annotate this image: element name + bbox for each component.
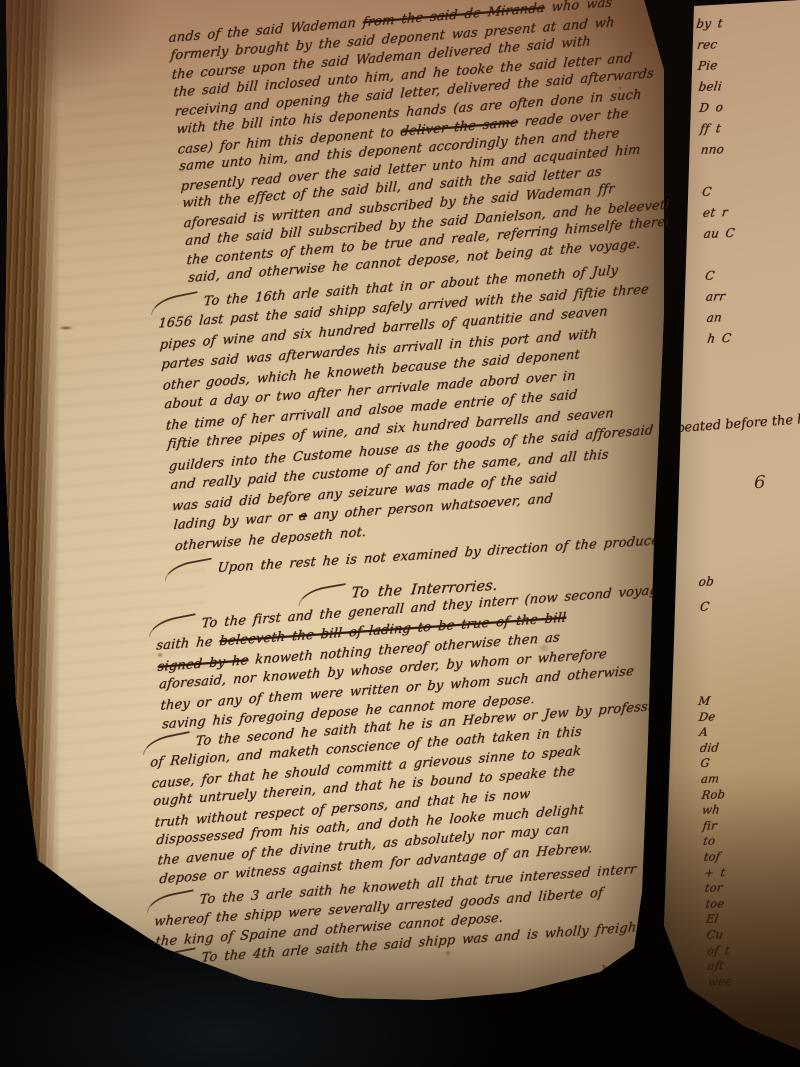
manuscript-line: aft (707, 958, 733, 974)
manuscript-photo: ands of the said Wademan from the said d… (0, 0, 800, 1067)
pen-flourish (164, 558, 212, 582)
repeated-margin-note: Repeated before the ho: (649, 400, 800, 440)
manuscript-line: h C (706, 328, 740, 350)
manuscript-line: et r (702, 202, 736, 224)
paragraph-article-16: To the 16th arle saith that in or about … (156, 259, 666, 558)
manuscript-line: Cu (705, 927, 731, 943)
manuscript-line: C (699, 594, 717, 620)
manuscript-line: ob (697, 569, 715, 595)
manuscript-line (703, 244, 737, 266)
manuscript-line: M (697, 693, 723, 710)
manuscript-line: El (705, 911, 731, 928)
manuscript-line: did (699, 740, 725, 756)
manuscript-line: + t (703, 865, 729, 881)
manuscript-line: wee (707, 974, 733, 991)
manuscript-line: beli (697, 76, 731, 98)
manuscript-line: to (702, 833, 728, 849)
manuscript-line: an (705, 307, 739, 329)
manuscript-line: D o (698, 97, 732, 119)
manuscript-line: tof (703, 849, 729, 866)
paragraph-opening: ands of the said Wademan from the said d… (168, 0, 681, 289)
catchword: h her (601, 956, 633, 977)
manuscript-line: wh (701, 802, 727, 818)
manuscript-line: tor (704, 880, 730, 897)
manuscript-line: Pie (697, 55, 731, 77)
manuscript-line: C (701, 181, 735, 203)
manuscript-line: arr (705, 286, 739, 308)
right-page-line-fragments-top: by trecPiebeliD off tnno Cet rau C Carra… (696, 13, 739, 350)
manuscript-line: fir (702, 818, 728, 835)
deckle-edge (4, 0, 60, 1014)
left-page: ands of the said Wademan from the said d… (4, 0, 664, 1014)
manuscript-line: A (698, 724, 724, 741)
manuscript-line: of t (706, 942, 732, 959)
manuscript-line: by t (695, 13, 729, 35)
manuscript-line: au C (702, 223, 736, 245)
manuscript-line: De (698, 709, 724, 725)
manuscript-line: Rob (701, 787, 727, 804)
manuscript-line: nno (699, 139, 733, 161)
right-page-line-fragments-bottom: MDeAdidGamRobwhfirtotof+ ttortoeElCuof t… (698, 693, 732, 990)
right-page-line-fragments-mid: obC (698, 569, 716, 620)
manuscript-line: ff t (699, 118, 733, 140)
manuscript-line: am (700, 771, 726, 787)
manuscript-line: G (699, 755, 725, 772)
manuscript-line: toe (704, 896, 730, 912)
pen-flourish (148, 947, 196, 971)
manuscript-line: rec (696, 34, 730, 56)
manuscript-line (700, 160, 734, 182)
marginal-figure: 6 (754, 472, 765, 493)
manuscript-line: C (704, 265, 738, 287)
pen-flourish (298, 583, 345, 606)
